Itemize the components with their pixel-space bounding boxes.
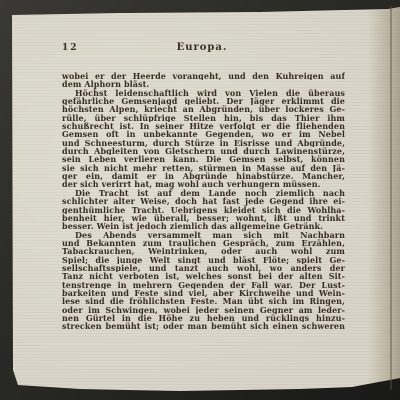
text-line: schlichter alter Weise, doch hat fast je… (62, 197, 345, 205)
text-line: Gemsen oft in unbekannte Gegenden, wo er… (62, 130, 345, 138)
text-line: dem Alphorn bläst. (62, 80, 345, 88)
page-header: 12 Europa. (62, 42, 342, 53)
text-line: der sich verirrt hat, mag wohl auch verh… (62, 180, 345, 188)
text-line: tenstrenge in mehrern Gegenden der Fall … (62, 281, 345, 289)
text-line: Tanz nicht verboten ist, welches sonst b… (62, 272, 345, 280)
text-line: barkeiten und Feste sind viel, aber Kirc… (62, 289, 345, 297)
text-line: strecken bemüht ist; oder man bemüht sic… (62, 322, 345, 330)
text-line: höchsten Alpen, kriecht an Abgründen, üb… (62, 105, 345, 113)
text-line: wobei er der Heerde vorangeht, und den K… (62, 72, 345, 80)
text-line: Die Tracht ist auf dem Lande noch ziemli… (62, 189, 345, 197)
running-header: Europa. (177, 42, 228, 53)
text-line: besser. Wein ist jedoch ziemlich das all… (62, 222, 345, 230)
scanned-book-photo: 12 Europa. wobei er der Heerde vorangeht… (0, 0, 400, 400)
text-line: und Bekannten zum traulichen Gespräch, z… (62, 239, 345, 247)
page-text: wobei er der Heerde vorangeht, und den K… (62, 72, 345, 331)
text-line: ger ein, damit er in Abgründe hinabstürz… (62, 172, 345, 180)
text-line: gefährliche Gemsenjagd geliebt. Der Jäge… (62, 97, 345, 105)
text-line: Höchst leidenschaftlich wird von Vielen … (62, 89, 345, 97)
text-line: und Schneesturm, durch Stürze in Eisriss… (62, 139, 345, 147)
page-fold-line (390, 6, 392, 390)
text-line: benheit hier, wie überall, besser; wohnt… (62, 214, 345, 222)
text-line: sein Leben verlieren kann. Die Gemsen se… (62, 155, 345, 163)
text-line: sellschaftsspiele, und tanzt auch wohl, … (62, 264, 345, 272)
text-line: lese sind die fröhlichsten Feste. Man üb… (62, 297, 345, 305)
text-line: Des Abends versammelt man sich mit Nachb… (62, 231, 345, 239)
text-line: rülle, über schlüpfrige Stellen hin, bis… (62, 114, 345, 122)
book-page: 12 Europa. wobei er der Heerde vorangeht… (0, 0, 400, 400)
page-number: 12 (62, 43, 79, 53)
text-line: Tabackrauchen, Weintrinken, oder auch wo… (62, 247, 345, 255)
text-line: sie sich nicht mehr retten, stürmen in M… (62, 164, 345, 172)
text-line: Spiel; die junge Welt singt und bläst Fl… (62, 256, 345, 264)
text-line: oder im Schwingen, wobei jeder seinen Ge… (62, 306, 345, 314)
text-line: schußrecht ist. In seiner Hitze verfolgt… (62, 122, 345, 130)
text-line: nen Gürtel in die Höhe zu heben und rück… (62, 314, 345, 322)
text-line: durch Abgleiten von Gletschern und durch… (62, 147, 345, 155)
text-line: genthümliche Tracht. Uebrigens kleidet s… (62, 206, 345, 214)
